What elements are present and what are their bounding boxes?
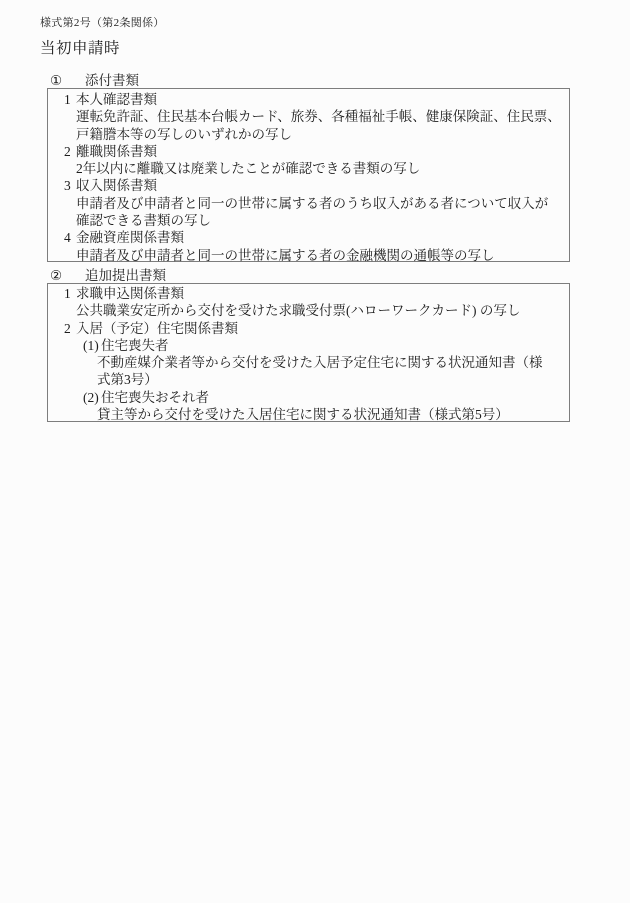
item-description-line: 公共職業安定所から交付を受けた求職受付票(ハローワークカード) の写し <box>48 302 569 319</box>
section-heading-text: 添付書類 <box>85 73 139 88</box>
subitem-number: (2) <box>83 389 101 406</box>
item-number: 4 <box>64 229 76 246</box>
attachments-box: 1本人確認書類 運転免許証、住民基本台帳カード、旅券、各種福祉手帳、健康保険証、… <box>47 88 570 262</box>
item-title: 入居（予定）住宅関係書類 <box>76 321 238 336</box>
section-heading-additional: ②追加提出書類 <box>50 264 166 284</box>
doc-item: 4金融資産関係書類 <box>48 229 569 246</box>
subitem-title: 住宅喪失者 <box>101 338 169 353</box>
additional-documents-box: 1求職申込関係書類 公共職業安定所から交付を受けた求職受付票(ハローワークカード… <box>47 283 570 422</box>
item-number: 2 <box>64 320 76 337</box>
item-number: 1 <box>64 91 76 108</box>
item-number: 1 <box>64 285 76 302</box>
item-description-line: 運転免許証、住民基本台帳カード、旅券、各種福祉手帳、健康保険証、住民票、 <box>48 108 569 125</box>
subitem-description-line: 式第3号） <box>48 371 569 388</box>
subitem-description-line: 貸主等から交付を受けた入居住宅に関する状況通知書（様式第5号） <box>48 406 569 423</box>
item-title: 求職申込関係書類 <box>76 286 184 301</box>
subitem-number: (1) <box>83 337 101 354</box>
section-marker: ② <box>50 268 85 284</box>
page-title: 当初申請時 <box>40 36 120 58</box>
item-number: 3 <box>64 177 76 194</box>
item-description-line: 戸籍謄本等の写しのいずれかの写し <box>48 126 569 143</box>
item-description-line: 確認できる書類の写し <box>48 212 569 229</box>
doc-subitem: (1)住宅喪失者 <box>48 337 569 354</box>
item-description-line: 申請者及び申請者と同一の世帯に属する者のうち収入がある者について収入が <box>48 195 569 212</box>
subitem-description-line: 不動産媒介業者等から交付を受けた入居予定住宅に関する状況通知書（様 <box>48 354 569 371</box>
doc-item: 1求職申込関係書類 <box>48 285 569 302</box>
doc-subitem: (2)住宅喪失おそれ者 <box>48 389 569 406</box>
document-page: 様式第2号（第2条関係） 当初申請時 ①添付書類 1本人確認書類 運転免許証、住… <box>0 0 630 903</box>
section-heading-attachments: ①添付書類 <box>50 69 139 89</box>
item-title: 収入関係書類 <box>76 178 157 193</box>
doc-item: 1本人確認書類 <box>48 91 569 108</box>
doc-item: 2入居（予定）住宅関係書類 <box>48 320 569 337</box>
doc-item: 2離職関係書類 <box>48 143 569 160</box>
section-heading-text: 追加提出書類 <box>85 268 166 283</box>
doc-item: 3収入関係書類 <box>48 177 569 194</box>
item-title: 金融資産関係書類 <box>76 230 184 245</box>
item-description-line: 申請者及び申請者と同一の世帯に属する者の金融機関の通帳等の写し <box>48 247 569 264</box>
item-description-line: 2年以内に離職又は廃業したことが確認できる書類の写し <box>48 160 569 177</box>
subitem-title: 住宅喪失おそれ者 <box>101 390 209 405</box>
form-number-label: 様式第2号（第2条関係） <box>40 14 165 30</box>
item-number: 2 <box>64 143 76 160</box>
item-title: 本人確認書類 <box>76 92 157 107</box>
item-title: 離職関係書類 <box>76 144 157 159</box>
section-marker: ① <box>50 73 85 89</box>
